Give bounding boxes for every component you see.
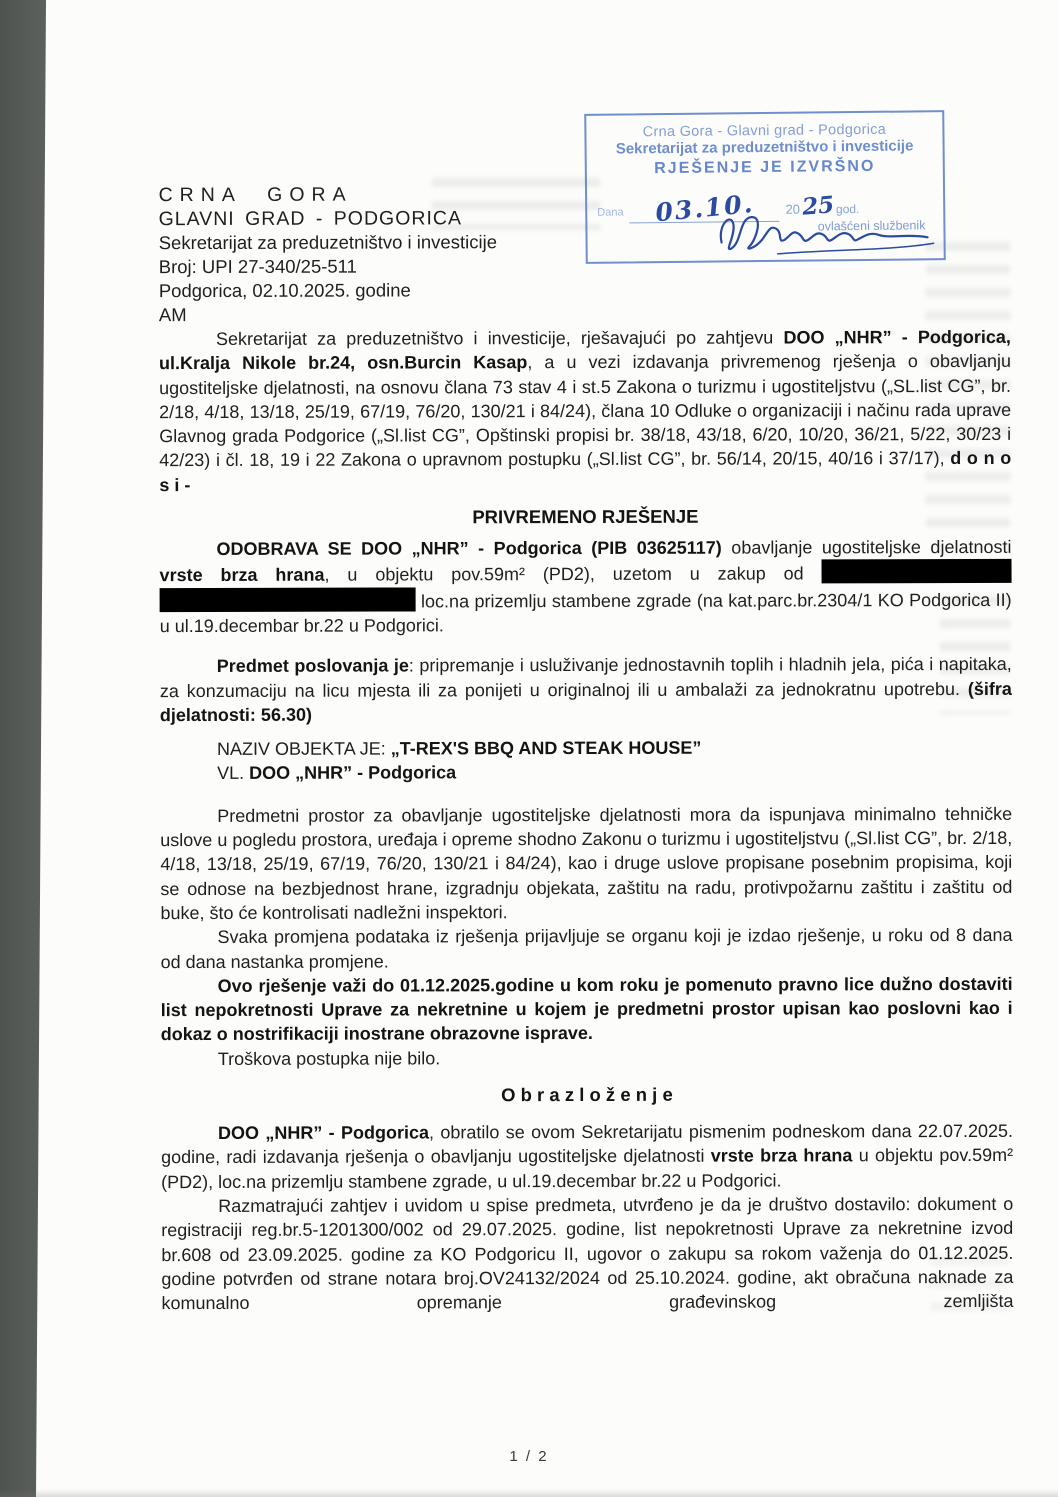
place-and-date: Podgorica, 02.10.2025. godine bbox=[159, 277, 1011, 303]
document-page: Crna Gora - Glavni grad - Podgorica Sekr… bbox=[0, 0, 1058, 1497]
scan-edge-artifact bbox=[0, 0, 46, 1497]
text-segment: vrste brza hrana bbox=[160, 565, 325, 585]
paragraph-change-notice: Svaka promjena podataka iz rješenja prij… bbox=[160, 923, 1012, 974]
paragraph-business-subject: Predmet poslovanja je: pripremanje i usl… bbox=[160, 652, 1012, 727]
text-segment: obavljanje ugostiteljske djelatnosti bbox=[722, 537, 1012, 558]
facility-name-line: NAZIV OBJEKTA JE: „T-REX'S BBQ AND STEAK… bbox=[160, 735, 1012, 762]
text-segment: Razmatrajući zahtjev i uvidom u spise pr… bbox=[161, 1194, 1013, 1313]
explanation-title: O b r a z l o ž e n j e bbox=[161, 1083, 1013, 1107]
stamp-status-line: RJEŠENJE JE IZVRŠNO bbox=[587, 157, 943, 179]
document-body: CRNA GORA GLAVNI GRAD - PODGORICA Sekret… bbox=[159, 181, 1014, 1316]
page-number: 1 / 2 bbox=[0, 1448, 1058, 1465]
letterhead-city: GLAVNI GRAD - PODGORICA bbox=[159, 205, 1011, 231]
letterhead-department: Sekretarijat za preduzetništvo i investi… bbox=[159, 229, 1011, 255]
redaction-bar bbox=[822, 559, 1012, 583]
text-segment: „T-REX'S BBQ AND STEAK HOUSE” bbox=[391, 738, 702, 759]
paragraph-costs: Troškova postupka nije bilo. bbox=[161, 1045, 1013, 1072]
paragraph-intro: Sekretarijat za preduzetništvo i investi… bbox=[159, 325, 1011, 497]
clerk-initials: AM bbox=[159, 301, 1011, 327]
text-segment: vrste brza hrana bbox=[711, 1146, 853, 1166]
text-segment: Predmet poslovanja je bbox=[217, 656, 409, 677]
text-segment: Ovo rješenje važi do 01.12.2025.godine u… bbox=[161, 974, 1013, 1045]
text-segment: VL. bbox=[217, 763, 249, 783]
redaction-bar bbox=[160, 587, 416, 612]
paragraph-approval: ODOBRAVA SE DOO „NHR” - Podgorica (PIB 0… bbox=[159, 535, 1011, 638]
facility-owner-line: VL. DOO „NHR” - Podgorica bbox=[160, 759, 1012, 786]
paragraph-explanation-2: Razmatrajući zahtjev i uvidom u spise pr… bbox=[161, 1192, 1013, 1316]
paragraph-explanation-1: DOO „NHR” - Podgorica, obratilo se ovom … bbox=[161, 1119, 1013, 1194]
text-segment: , u objektu pov.59m² (PD2), uzetom u zak… bbox=[324, 564, 821, 585]
text-segment: Svaka promjena podataka iz rješenja prij… bbox=[161, 925, 1013, 972]
decision-title: PRIVREMENO RJEŠENJE bbox=[159, 505, 1011, 529]
text-segment: ODOBRAVA SE DOO „NHR” - Podgorica (PIB 0… bbox=[216, 538, 721, 559]
case-number: Broj: UPI 27-340/25-511 bbox=[159, 253, 1011, 279]
facility-block: NAZIV OBJEKTA JE: „T-REX'S BBQ AND STEAK… bbox=[160, 735, 1012, 786]
text-segment: NAZIV OBJEKTA JE: bbox=[217, 739, 391, 759]
scan-edge-artifact bbox=[0, 1489, 1058, 1497]
text-segment: Sekretarijat za preduzetništvo i investi… bbox=[216, 327, 784, 348]
text-segment: Predmetni prostor za obavljanje ugostite… bbox=[160, 804, 1012, 923]
text-segment: DOO „NHR” - Podgorica bbox=[249, 763, 456, 784]
paragraph-conditions: Predmetni prostor za obavljanje ugostite… bbox=[160, 802, 1012, 926]
stamp-org-line: Sekretarijat za preduzetništvo i investi… bbox=[587, 137, 943, 158]
paragraph-validity: Ovo rješenje važi do 01.12.2025.godine u… bbox=[161, 972, 1013, 1047]
letterhead-country: CRNA GORA bbox=[159, 181, 1011, 207]
text-segment: DOO „NHR” - Podgorica bbox=[218, 1122, 429, 1143]
